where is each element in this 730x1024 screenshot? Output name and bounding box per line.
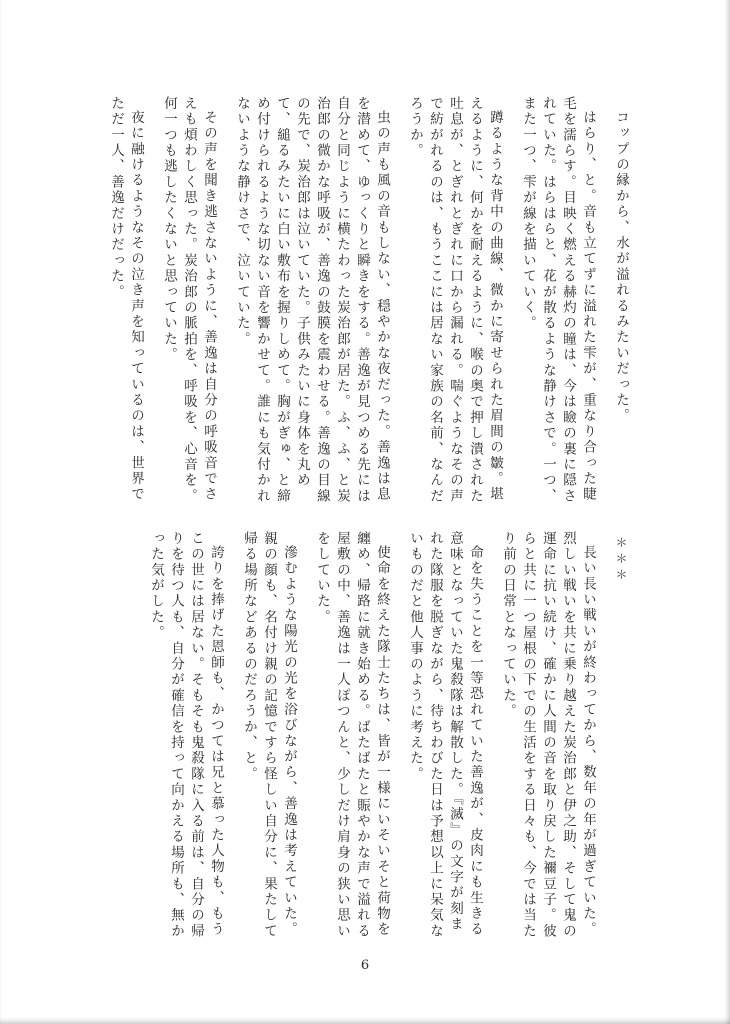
text-section-bottom: ＊＊＊ 長い長い戦いが終わってから、数年の年が過ぎていた。烈しい戦いを共に乗り越… — [133, 531, 631, 947]
page-number: 6 — [0, 958, 730, 973]
paragraph-bottom-1: 長い長い戦いが終わってから、数年の年が過ぎていた。烈しい戦いを共に乗り越えた炭治… — [498, 531, 598, 947]
paragraph-top-3: 蹲るような背中の曲線、微かに寄せられた眉間の皺。堪えるように、何かを耐えるように… — [405, 96, 505, 512]
paragraph-bottom-5: 誇りを捧げた恩師も、かつては兄と慕った人物も、もうこの世には居ない。そもそも鬼殺… — [146, 531, 226, 947]
paragraph-top-6: 夜に融けるようなその泣き声を知っているのは、世界でただ一人、善逸だけだった。 — [106, 96, 146, 512]
paragraph-top-2: はらり、と。音も立てずに溢れた雫が、重なり合った睫毛を濡らす。目映く燃える赫灼の… — [518, 96, 598, 512]
paragraph-bottom-2: 命を失うことを一等恐れていた善逸が、皮肉にも生きる意味となっていた鬼殺隊は解散し… — [405, 531, 485, 947]
novel-page: コップの縁から、水が溢れるみたいだった。 はらり、と。音も立てずに溢れた雫が、重… — [0, 0, 730, 1024]
paragraph-bottom-4: 滲むような陽光の光を浴びながら、善逸は考えていた。親の顔も、名付け親の記憶ですら… — [239, 531, 299, 947]
paragraph-top-5: その声を聞き逃さないように、善逸は自分の呼吸音でさえも煩わしく思った。炭治郎の脈… — [159, 96, 219, 512]
scene-break-divider: ＊＊＊ — [611, 531, 631, 947]
paragraph-top-4: 虫の声も風の音もしない、穏やかな夜だった。善逸は息を潜めて、ゆっくりと瞬きをする… — [232, 96, 392, 512]
paragraph-top-1: コップの縁から、水が溢れるみたいだった。 — [611, 96, 631, 512]
text-section-top: コップの縁から、水が溢れるみたいだった。 はらり、と。音も立てずに溢れた雫が、重… — [93, 96, 631, 512]
paragraph-bottom-3: 使命を終えた隊士たちは、皆が一様にいそいそと荷物を纏め、帰路に就き始める。ばたば… — [312, 531, 392, 947]
